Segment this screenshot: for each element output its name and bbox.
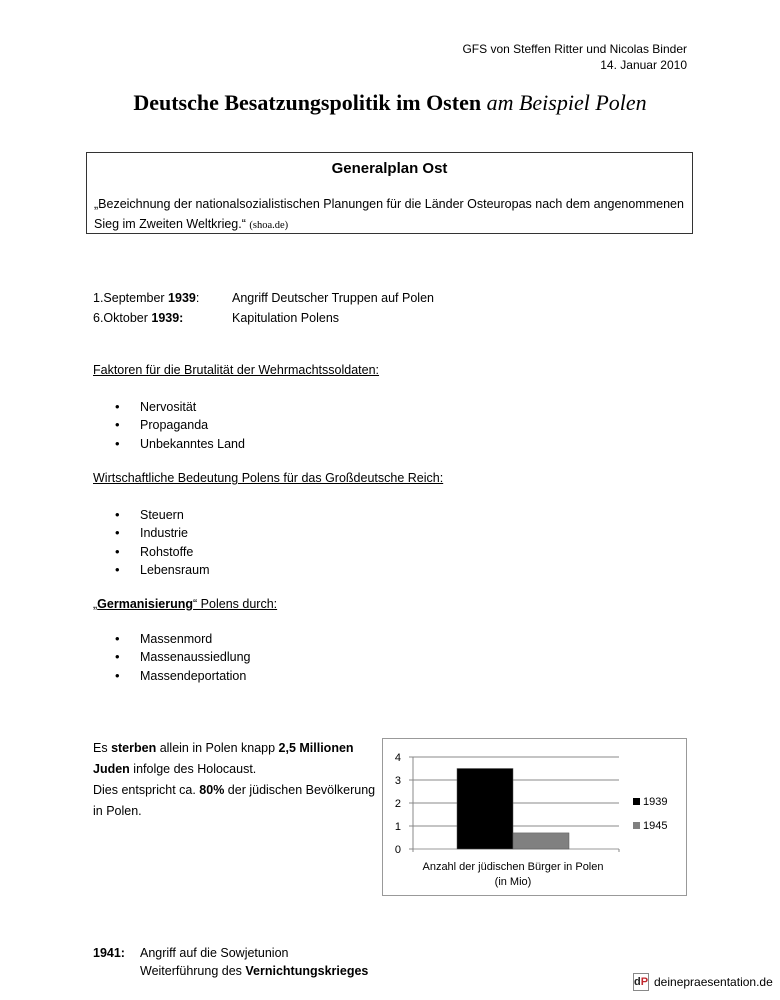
watermark-text: deinepraesentation.de	[654, 975, 773, 989]
title-main: Deutsche Besatzungspolitik im Osten	[133, 90, 481, 115]
quote-source: (shoa.de)	[249, 220, 288, 231]
timeline-year: 1939:	[151, 311, 183, 325]
germanization-list: Massenmord Massenaussiedlung Massendepor…	[93, 630, 251, 685]
list-item: Steuern	[93, 506, 210, 524]
date: 14. Januar 2010	[462, 57, 687, 73]
list-item: Unbekanntes Land	[93, 435, 245, 453]
brutality-list: Nervosität Propaganda Unbekanntes Land	[93, 398, 245, 453]
germanization-term: Germanisierung	[97, 597, 193, 611]
economy-list: Steuern Industrie Rohstoffe Lebensraum	[93, 506, 210, 579]
svg-text:1939: 1939	[643, 796, 667, 808]
list-item: Propaganda	[93, 416, 245, 434]
event-line: Weiterführung des	[140, 964, 245, 978]
list-item: Industrie	[93, 524, 210, 542]
timeline-row: 6.Oktober 1939:Kapitulation Polens	[93, 308, 339, 328]
list-item: Lebensraum	[93, 561, 210, 579]
definition-heading: Generalplan Ost	[87, 160, 692, 177]
section-heading-economy: Wirtschaftliche Bedeutung Polens für das…	[93, 471, 443, 485]
final-event: 1941:Angriff auf die Sowjetunion Weiterf…	[93, 944, 368, 980]
section-heading-brutality: Faktoren für die Brutalität der Wehrmach…	[93, 363, 379, 377]
event-bold: Vernichtungskrieges	[245, 964, 368, 978]
timeline-year: 1939	[168, 291, 196, 305]
svg-text:3: 3	[395, 775, 401, 787]
list-item: Massenaussiedlung	[93, 648, 251, 666]
watermark: dP deinepraesentation.de	[633, 973, 773, 991]
svg-text:1: 1	[395, 821, 401, 833]
svg-text:Anzahl der jüdischen Bürger in: Anzahl der jüdischen Bürger in Polen	[422, 861, 603, 873]
timeline-row: 1.September 1939:Angriff Deutscher Trupp…	[93, 288, 434, 308]
definition-box: Generalplan Ost „Bezeichnung der nationa…	[86, 152, 693, 234]
timeline-sep: :	[196, 291, 199, 305]
svg-text:0: 0	[395, 844, 401, 856]
list-item: Nervosität	[93, 398, 245, 416]
svg-text:4: 4	[395, 752, 401, 764]
svg-text:(in Mio): (in Mio)	[495, 876, 532, 888]
timeline-event: Kapitulation Polens	[232, 311, 339, 325]
list-item: Massenmord	[93, 630, 251, 648]
authors: GFS von Steffen Ritter und Nicolas Binde…	[462, 41, 687, 57]
definition-quote: „Bezeichnung der nationalsozialistischen…	[94, 194, 684, 236]
section-heading-germanization: „Germanisierung“ Polens durch:	[93, 597, 277, 611]
bold-text: 80%	[199, 783, 224, 797]
title-subtitle: am Beispiel Polen	[487, 90, 647, 115]
event-year: 1941:	[93, 944, 140, 962]
svg-text:2: 2	[395, 798, 401, 810]
timeline-date: 1.September	[93, 291, 168, 305]
heading-rest: “ Polens durch:	[193, 597, 277, 611]
text: Dies entspricht ca.	[93, 783, 199, 797]
timeline-event: Angriff Deutscher Truppen auf Polen	[232, 291, 434, 305]
page-title: Deutsche Besatzungspolitik im Osten am B…	[0, 90, 780, 116]
svg-text:1945: 1945	[643, 820, 667, 832]
bold-text: sterben	[111, 741, 156, 755]
chart-canvas: 01234Anzahl der jüdischen Bürger in Pole…	[383, 739, 688, 897]
timeline-date: 6.Oktober	[93, 311, 151, 325]
text: infolge des Holocaust.	[130, 762, 256, 776]
document-header: GFS von Steffen Ritter und Nicolas Binde…	[462, 41, 687, 73]
text: allein in Polen knapp	[156, 741, 278, 755]
text: Es	[93, 741, 111, 755]
event-line: Angriff auf die Sowjetunion	[140, 946, 288, 960]
list-item: Massendeportation	[93, 667, 251, 685]
list-item: Rohstoffe	[93, 543, 210, 561]
bar-chart: 01234Anzahl der jüdischen Bürger in Pole…	[382, 738, 687, 896]
dp-logo-icon: dP	[633, 973, 649, 991]
holocaust-paragraph: Es sterben allein in Polen knapp 2,5 Mil…	[93, 738, 378, 822]
quote-text: „Bezeichnung der nationalsozialistischen…	[94, 197, 684, 231]
